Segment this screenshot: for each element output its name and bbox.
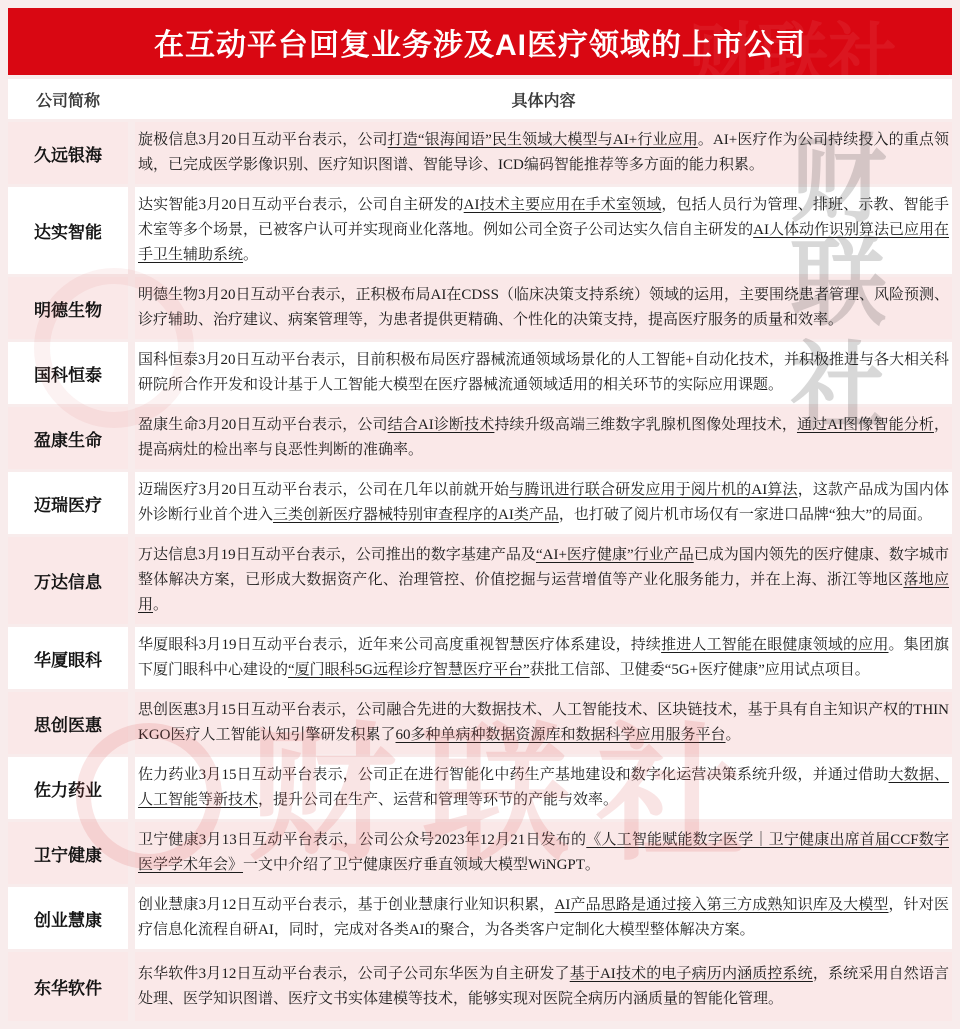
company-name: 思创医惠	[8, 692, 128, 754]
table-row: 明德生物 明德生物3月20日互动平台表示，正积极布局AI在CDSS（临床决策支持…	[8, 277, 952, 339]
company-detail-text: 卫宁健康3月13日互动平台表示，公司公众号2023年12月21日发布的《人工智能…	[135, 822, 952, 884]
company-detail-text: 国科恒泰3月20日互动平台表示，目前积极布局医疗器械流通领域场景化的人工智能+自…	[135, 342, 952, 404]
company-detail-cell: 创业慧康3月12日互动平台表示，基于创业慧康行业知识积累，AI产品思路是通过接入…	[135, 887, 952, 949]
company-detail-text: 华厦眼科3月19日互动平台表示，近年来公司高度重视智慧医疗体系建设，持续推进人工…	[135, 627, 952, 689]
company-detail-text: 创业慧康3月12日互动平台表示，基于创业慧康行业知识积累，AI产品思路是通过接入…	[135, 887, 952, 949]
company-name: 久远银海	[8, 122, 128, 184]
table-row: 万达信息 万达信息3月19日互动平台表示，公司推出的数字基建产品及“AI+医疗健…	[8, 537, 952, 624]
table-row: 华厦眼科 华厦眼科3月19日互动平台表示，近年来公司高度重视智慧医疗体系建设，持…	[8, 627, 952, 689]
company-detail-text: 盈康生命3月20日互动平台表示，公司结合AI诊断技术持续升级高端三维数字乳腺机图…	[135, 407, 952, 469]
company-detail-text: 东华软件3月12日互动平台表示，公司子公司东华医为自主研发了基于AI技术的电子病…	[135, 956, 952, 1018]
table-row: 久远银海 旋极信息3月20日互动平台表示，公司打造“银海闻语”民生领域大模型与A…	[8, 122, 952, 184]
company-name: 迈瑞医疗	[8, 472, 128, 534]
company-name: 佐力药业	[8, 757, 128, 819]
table-row: 卫宁健康 卫宁健康3月13日互动平台表示，公司公众号2023年12月21日发布的…	[8, 822, 952, 884]
company-detail-text: 旋极信息3月20日互动平台表示，公司打造“银海闻语”民生领域大模型与AI+行业应…	[135, 122, 952, 184]
company-name: 卫宁健康	[8, 822, 128, 884]
table-header: 公司简称 具体内容	[8, 79, 952, 119]
header-company: 公司简称	[8, 79, 128, 119]
infographic-table: 在互动平台回复业务涉及AI医疗领域的上市公司 公司简称 具体内容 久远银海 旋极…	[8, 8, 952, 1021]
company-name: 创业慧康	[8, 887, 128, 949]
company-detail-cell: 迈瑞医疗3月20日互动平台表示，公司在几年以前就开始与腾讯进行联合研发应用于阅片…	[135, 472, 952, 534]
company-detail-cell: 卫宁健康3月13日互动平台表示，公司公众号2023年12月21日发布的《人工智能…	[135, 822, 952, 884]
table-row: 东华软件 东华软件3月12日互动平台表示，公司子公司东华医为自主研发了基于AI技…	[8, 952, 952, 1021]
table-row: 国科恒泰 国科恒泰3月20日互动平台表示，目前积极布局医疗器械流通领域场景化的人…	[8, 342, 952, 404]
company-name: 华厦眼科	[8, 627, 128, 689]
company-name: 达实智能	[8, 187, 128, 274]
company-name: 东华软件	[8, 952, 128, 1021]
table-row: 创业慧康 创业慧康3月12日互动平台表示，基于创业慧康行业知识积累，AI产品思路…	[8, 887, 952, 949]
company-detail-cell: 佐力药业3月15日互动平台表示，公司正在进行智能化中药生产基地建设和数字化运营决…	[135, 757, 952, 819]
company-detail-cell: 思创医惠3月15日互动平台表示，公司融合先进的大数据技术、人工智能技术、区块链技…	[135, 692, 952, 754]
company-detail-cell: 华厦眼科3月19日互动平台表示，近年来公司高度重视智慧医疗体系建设，持续推进人工…	[135, 627, 952, 689]
company-detail-cell: 旋极信息3月20日互动平台表示，公司打造“银海闻语”民生领域大模型与AI+行业应…	[135, 122, 952, 184]
company-name: 国科恒泰	[8, 342, 128, 404]
company-name: 万达信息	[8, 537, 128, 624]
company-name: 盈康生命	[8, 407, 128, 469]
company-detail-text: 思创医惠3月15日互动平台表示，公司融合先进的大数据技术、人工智能技术、区块链技…	[135, 692, 952, 754]
header-detail: 具体内容	[135, 79, 952, 119]
table-row: 盈康生命 盈康生命3月20日互动平台表示，公司结合AI诊断技术持续升级高端三维数…	[8, 407, 952, 469]
table-body: 久远银海 旋极信息3月20日互动平台表示，公司打造“银海闻语”民生领域大模型与A…	[8, 122, 952, 1021]
company-detail-cell: 东华软件3月12日互动平台表示，公司子公司东华医为自主研发了基于AI技术的电子病…	[135, 952, 952, 1021]
table-row: 思创医惠 思创医惠3月15日互动平台表示，公司融合先进的大数据技术、人工智能技术…	[8, 692, 952, 754]
company-detail-cell: 达实智能3月20日互动平台表示，公司自主研发的AI技术主要应用在手术室领域，包括…	[135, 187, 952, 274]
company-name: 明德生物	[8, 277, 128, 339]
company-detail-text: 达实智能3月20日互动平台表示，公司自主研发的AI技术主要应用在手术室领域，包括…	[135, 187, 952, 274]
company-detail-cell: 国科恒泰3月20日互动平台表示，目前积极布局医疗器械流通领域场景化的人工智能+自…	[135, 342, 952, 404]
company-detail-text: 明德生物3月20日互动平台表示，正积极布局AI在CDSS（临床决策支持系统）领域…	[135, 277, 952, 339]
table-row: 佐力药业 佐力药业3月15日互动平台表示，公司正在进行智能化中药生产基地建设和数…	[8, 757, 952, 819]
company-detail-text: 万达信息3月19日互动平台表示，公司推出的数字基建产品及“AI+医疗健康”行业产…	[135, 537, 952, 624]
company-detail-text: 佐力药业3月15日互动平台表示，公司正在进行智能化中药生产基地建设和数字化运营决…	[135, 757, 952, 819]
table-row: 达实智能 达实智能3月20日互动平台表示，公司自主研发的AI技术主要应用在手术室…	[8, 187, 952, 274]
table-row: 迈瑞医疗 迈瑞医疗3月20日互动平台表示，公司在几年以前就开始与腾讯进行联合研发…	[8, 472, 952, 534]
company-detail-cell: 明德生物3月20日互动平台表示，正积极布局AI在CDSS（临床决策支持系统）领域…	[135, 277, 952, 339]
title-bar: 在互动平台回复业务涉及AI医疗领域的上市公司	[8, 8, 952, 75]
company-detail-cell: 万达信息3月19日互动平台表示，公司推出的数字基建产品及“AI+医疗健康”行业产…	[135, 537, 952, 624]
company-detail-cell: 盈康生命3月20日互动平台表示，公司结合AI诊断技术持续升级高端三维数字乳腺机图…	[135, 407, 952, 469]
company-detail-text: 迈瑞医疗3月20日互动平台表示，公司在几年以前就开始与腾讯进行联合研发应用于阅片…	[135, 472, 952, 534]
page-title: 在互动平台回复业务涉及AI医疗领域的上市公司	[154, 20, 806, 64]
